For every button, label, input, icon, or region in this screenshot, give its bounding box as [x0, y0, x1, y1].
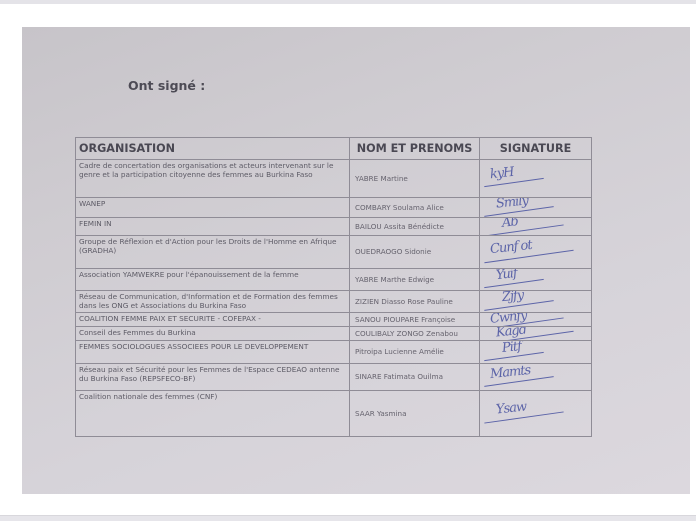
name-cell: SAAR Yasmina	[350, 391, 480, 437]
organisation-cell: FEMIN IN	[76, 218, 350, 236]
handwritten-signature-icon: Pitf	[502, 342, 522, 353]
name-cell: Pitroipa Lucienne Amélie	[350, 341, 480, 364]
signature-cell: Mamts	[480, 364, 592, 391]
organisation-cell: Coalition nationale des femmes (CNF)	[76, 391, 350, 437]
name-cell: COULIBALY ZONGO Zenabou	[350, 327, 480, 341]
table-row: WANEPCOMBARY Soulama AliceSmily	[76, 198, 592, 218]
handwritten-signature-icon: Ab	[502, 218, 519, 229]
table-header-row: ORGANISATION NOM ET PRENOMS SIGNATURE	[76, 138, 592, 160]
signature-cell: Zjfy	[480, 291, 592, 313]
handwritten-signature-icon: Cunf ot	[490, 240, 532, 254]
handwritten-signature-icon: Yuif	[496, 269, 518, 281]
bottom-frame-bar	[0, 515, 696, 521]
name-cell: COMBARY Soulama Alice	[350, 198, 480, 218]
signature-cell: Ysaw	[480, 391, 592, 437]
signature-cell: Cunf ot	[480, 236, 592, 269]
signature-cell: kyH	[480, 160, 592, 198]
column-header-name: NOM ET PRENOMS	[350, 138, 480, 160]
name-cell: YABRE Martine	[350, 160, 480, 198]
table-row: FEMIN INBAILOU Assita BénédicteAb	[76, 218, 592, 236]
organisation-cell: COALITION FEMME PAIX ET SECURITE - COFEP…	[76, 313, 350, 327]
table-row: Conseil des Femmes du BurkinaCOULIBALY Z…	[76, 327, 592, 341]
handwritten-signature-icon: Zjfy	[502, 291, 524, 303]
table-row: Groupe de Réflexion et d'Action pour les…	[76, 236, 592, 269]
name-cell: YABRE Marthe Edwige	[350, 269, 480, 291]
name-cell: SANOU PIOUPARE Françoise	[350, 313, 480, 327]
table-row: FEMMES SOCIOLOGUES ASSOCIEES POUR LE DEV…	[76, 341, 592, 364]
organisation-cell: Réseau paix et Sécurité pour les Femmes …	[76, 364, 350, 391]
name-cell: SINARE Fatimata Ouilma	[350, 364, 480, 391]
handwritten-signature-icon: Smily	[496, 198, 529, 210]
organisation-cell: Groupe de Réflexion et d'Action pour les…	[76, 236, 350, 269]
handwritten-signature-icon: kyH	[490, 168, 514, 180]
table-row: Association YAMWEKRE pour l'épanouisseme…	[76, 269, 592, 291]
signed-by-heading: Ont signé :	[128, 78, 205, 93]
name-cell: OUEDRAOGO Sidonie	[350, 236, 480, 269]
table-row: Coalition nationale des femmes (CNF)SAAR…	[76, 391, 592, 437]
signature-cell: Yuif	[480, 269, 592, 291]
organisation-cell: Réseau de Communication, d'Information e…	[76, 291, 350, 313]
handwritten-signature-icon: Ysaw	[496, 402, 527, 415]
signature-stroke	[484, 224, 563, 235]
table-row: Réseau paix et Sécurité pour les Femmes …	[76, 364, 592, 391]
signature-cell: Smily	[480, 198, 592, 218]
signature-cell: Kagd	[480, 327, 592, 341]
table-row: Cadre de concertation des organisations …	[76, 160, 592, 198]
organisation-cell: WANEP	[76, 198, 350, 218]
table-row: Réseau de Communication, d'Information e…	[76, 291, 592, 313]
organisation-cell: Association YAMWEKRE pour l'épanouisseme…	[76, 269, 350, 291]
handwritten-signature-icon: Mamts	[490, 365, 531, 379]
organisation-cell: FEMMES SOCIOLOGUES ASSOCIEES POUR LE DEV…	[76, 341, 350, 364]
organisation-cell: Conseil des Femmes du Burkina	[76, 327, 350, 341]
column-header-organisation: ORGANISATION	[76, 138, 350, 160]
signature-cell: Cwnfy	[480, 313, 592, 327]
organisation-cell: Cadre de concertation des organisations …	[76, 160, 350, 198]
name-cell: ZIZIEN Diasso Rose Pauline	[350, 291, 480, 313]
name-cell: BAILOU Assita Bénédicte	[350, 218, 480, 236]
table-row: COALITION FEMME PAIX ET SECURITE - COFEP…	[76, 313, 592, 327]
signature-cell: Pitf	[480, 341, 592, 364]
top-frame-bar	[0, 0, 696, 4]
signature-cell: Ab	[480, 218, 592, 236]
signatories-table: ORGANISATION NOM ET PRENOMS SIGNATURE Ca…	[75, 137, 592, 437]
handwritten-signature-icon: Kagd	[496, 327, 527, 338]
column-header-signature: SIGNATURE	[480, 138, 592, 160]
